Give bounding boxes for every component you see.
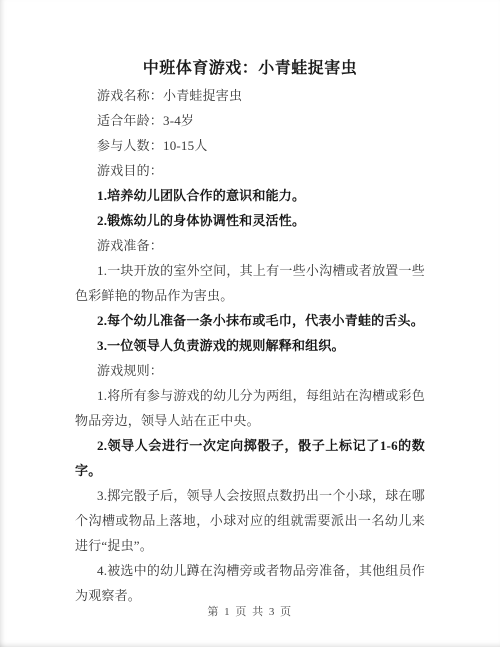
preparation-item-3: 3.一位领导人负责游戏的规则解释和组织。 bbox=[75, 333, 425, 358]
heading-game-purpose: 游戏目的： bbox=[75, 158, 425, 183]
preparation-item-1: 1.一块开放的室外空间，其上有一些小沟槽或者放置一些色彩鲜艳的物品作为害虫。 bbox=[75, 258, 425, 308]
purpose-item-1: 1.培养幼儿团队合作的意识和能力。 bbox=[75, 183, 425, 208]
rule-item-2: 2.领导人会进行一次定向掷骰子，骰子上标记了1-6的数字。 bbox=[75, 433, 425, 483]
line-suitable-age: 适合年龄：3-4岁 bbox=[75, 108, 425, 133]
purpose-item-2: 2.锻炼幼儿的身体协调性和灵活性。 bbox=[75, 208, 425, 233]
rule-item-3: 3.掷完骰子后，领导人会按照点数扔出一个小球，球在哪个沟槽或物品上落地，小球对应… bbox=[75, 483, 425, 558]
document-content: 中班体育游戏：小青蛙捉害虫 游戏名称：小青蛙捉害虫 适合年龄：3-4岁 参与人数… bbox=[75, 56, 425, 608]
heading-game-rules: 游戏规则： bbox=[75, 358, 425, 383]
document-title: 中班体育游戏：小青蛙捉害虫 bbox=[75, 56, 425, 81]
preparation-item-2: 2.每个幼儿准备一条小抹布或毛巾，代表小青蛙的舌头。 bbox=[75, 308, 425, 333]
heading-game-preparation: 游戏准备： bbox=[75, 233, 425, 258]
page-number-indicator: 第 1 页 共 3 页 bbox=[0, 603, 500, 619]
line-game-name: 游戏名称：小青蛙捉害虫 bbox=[75, 83, 425, 108]
rule-item-1: 1.将所有参与游戏的幼儿分为两组，每组站在沟槽或彩色物品旁边，领导人站在正中央。 bbox=[75, 383, 425, 433]
line-participants: 参与人数：10-15人 bbox=[75, 133, 425, 158]
document-page: 中班体育游戏：小青蛙捉害虫 游戏名称：小青蛙捉害虫 适合年龄：3-4岁 参与人数… bbox=[0, 0, 500, 647]
rule-item-4: 4.被选中的幼儿蹲在沟槽旁或者物品旁准备，其他组员作为观察者。 bbox=[75, 558, 425, 608]
